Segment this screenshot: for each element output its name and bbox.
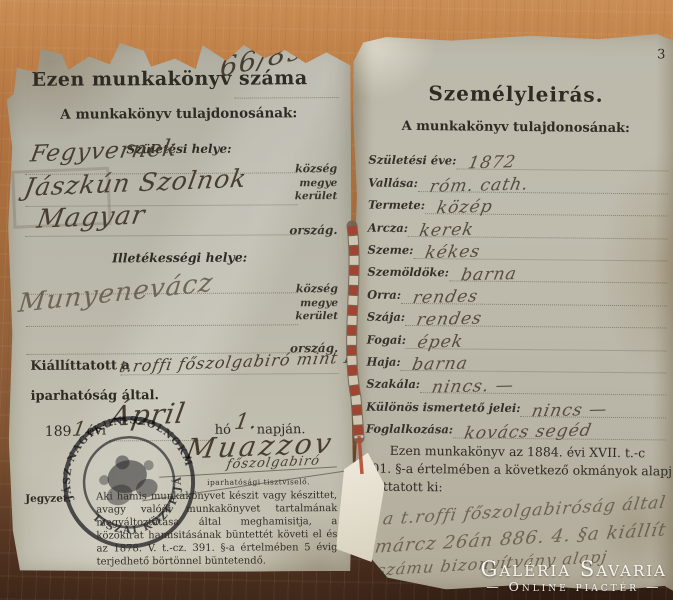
field-label: Foglalkozása: — [366, 422, 453, 439]
dotted-line — [26, 234, 298, 237]
binding-cord — [332, 220, 376, 480]
jurisdiction-heading: Illetékességi helye: — [8, 249, 352, 266]
signature-title-handwritten: főszolgabiró — [225, 454, 321, 473]
field-row: Vallása:róm. cath. — [368, 169, 668, 194]
kozseg-label: község — [295, 162, 337, 175]
field-label: Születési éve: — [368, 153, 456, 170]
field-row: Haja:barna — [366, 348, 666, 373]
field-label: Különös ismertető jelei: — [366, 399, 521, 416]
statute-paragraph-line2: 101. §-a értelmében a következő okmányok… — [363, 461, 673, 479]
jur-megye-row: megye kerület — [26, 297, 338, 327]
left-page: Ezen munkakönyv száma 66/891 A munkaköny… — [6, 39, 353, 573]
owner-heading-left: A munkakönyv tulajdonosának: — [7, 105, 351, 123]
field-row: Különös ismertető jelei:nincs — — [366, 393, 666, 418]
watermark-title: Galéria Savaria — [481, 557, 667, 581]
description-fields: Születési éve:1872 Vallása:róm. cath. Te… — [366, 147, 669, 441]
title-dotted-line — [235, 97, 339, 99]
dotted-line: 1872 — [456, 146, 668, 171]
field-label: Vallása: — [368, 175, 418, 191]
page-number: 3 — [657, 47, 665, 62]
owner-heading-right: A munkakönyv tulajdonosának: — [353, 118, 673, 136]
dotted-line: nincs — — [520, 393, 666, 418]
birth-orszag-row: ország. Magyar — [25, 209, 337, 237]
field-label: Szemöldöke: — [367, 265, 449, 282]
field-row: Foglalkozása:kovács segéd — [366, 415, 666, 440]
field-row: Születési éve:1872 — [368, 147, 668, 172]
kerulet-label: kerület — [295, 190, 338, 202]
birth-kozseg-value: Fegyvernek — [28, 135, 179, 167]
field-value: kovács segéd — [463, 421, 594, 444]
field-row: Szeme:kékes — [367, 236, 667, 261]
field-label: Termete: — [368, 198, 425, 215]
dotted-line: nincs. — — [420, 370, 666, 396]
dotted-line: kovács segéd — [453, 415, 666, 440]
watermark-subtitle: — Online piactér — — [481, 579, 667, 594]
photo-of-document: Ezen munkakönyv száma 66/891 A munkaköny… — [0, 0, 673, 600]
issued-prefix: Kiállíttatott a — [30, 358, 130, 374]
note-label: Jegyzet. — [25, 493, 71, 505]
field-row: Szakála:nincs. — — [366, 370, 666, 395]
gallery-watermark: Galéria Savaria — Online piactér — — [481, 557, 667, 594]
birth-orszag-value: Magyar — [35, 200, 148, 234]
dotted-line: barna — [449, 258, 668, 283]
orszag-label: ország. — [289, 223, 337, 237]
statute-paragraph-line1: Ezen munkakönyv az 1884. évi XVII. t.-c — [364, 443, 673, 461]
note-text: Aki hamis munkakönyvet készit vagy készi… — [96, 489, 337, 568]
right-page-title: Személyleirás. — [353, 80, 673, 107]
right-page: 3 Személyleirás. A munkakönyv tulajdonos… — [348, 28, 673, 591]
megye-label: megye — [299, 177, 337, 189]
dotted-line — [26, 324, 298, 327]
statute-paragraph-line3: állittatott ki: — [363, 479, 673, 497]
